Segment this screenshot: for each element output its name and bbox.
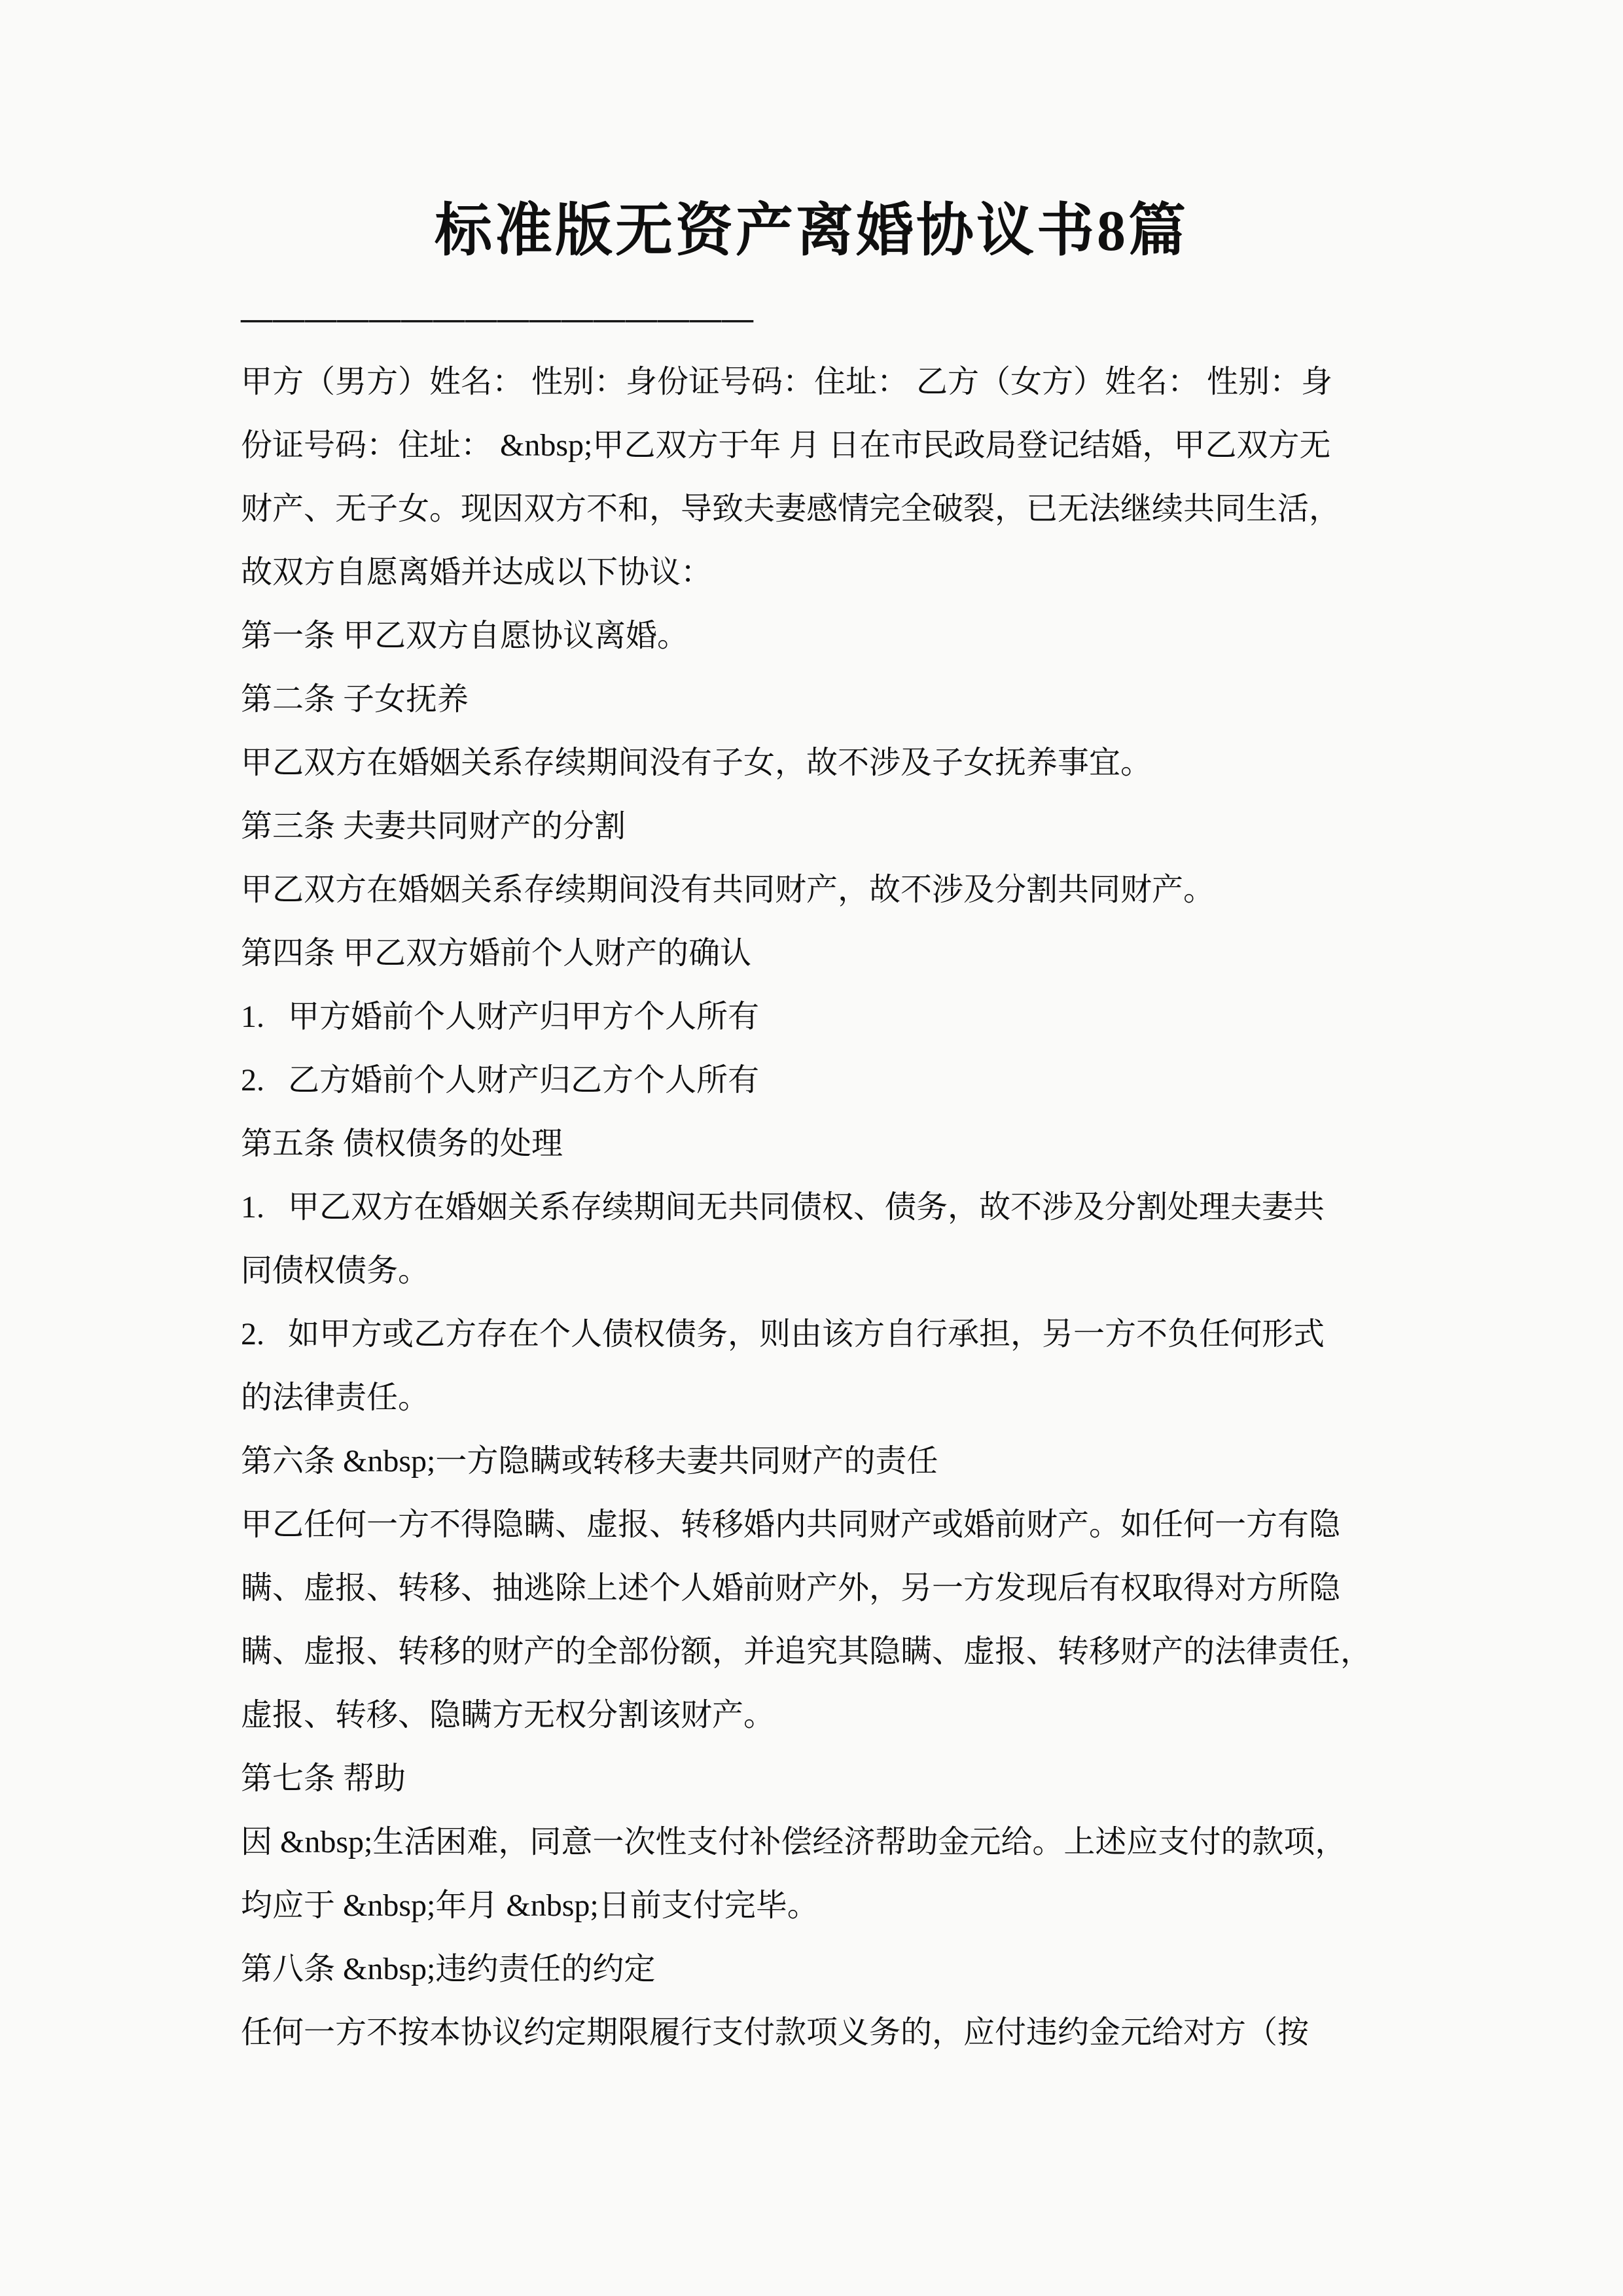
text-line: 第八条 &nbsp;违约责任的约定	[241, 1937, 1393, 2001]
text-line: 第四条 甲乙双方婚前个人财产的确认	[241, 922, 1393, 985]
text-line: 1. 甲方婚前个人财产归甲方个人所有	[241, 985, 1393, 1049]
text-line: 故双方自愿离婚并达成以下协议：	[241, 541, 1393, 604]
text-line: 均应于 &nbsp;年月 &nbsp;日前支付完毕。	[241, 1874, 1393, 1937]
text-line: 同债权债务。	[241, 1239, 1393, 1302]
text-line: 任何一方不按本协议约定期限履行支付款项义务的，应付违约金元给对方（按	[241, 2001, 1393, 2064]
text-line: 财产、无子女。现因双方不和，导致夫妻感情完全破裂，已无法继续共同生活，	[241, 477, 1393, 541]
text-line: 甲乙双方在婚姻关系存续期间没有子女，故不涉及子女抚养事宜。	[241, 731, 1393, 795]
text-line: 第二条 子女抚养	[241, 668, 1393, 731]
text-line: 第一条 甲乙双方自愿协议离婚。	[241, 604, 1393, 668]
document-body: ———————————————— 甲方（男方）姓名： 性别：身份证号码：住址： …	[241, 287, 1393, 2064]
text-line: 的法律责任。	[241, 1366, 1393, 1429]
text-line: 份证号码：住址： &nbsp;甲乙双方于年 月 日在市民政局登记结婚，甲乙双方无	[241, 414, 1393, 477]
text-line: 2. 如甲方或乙方存在个人债权债务，则由该方自行承担，另一方不负任何形式	[241, 1302, 1393, 1366]
text-line: 瞒、虚报、转移、抽逃除上述个人婚前财产外，另一方发现后有权取得对方所隐	[241, 1556, 1393, 1620]
text-line: 第三条 夫妻共同财产的分割	[241, 795, 1393, 858]
divider-line: ————————————————	[241, 287, 1393, 350]
text-line: 第六条 &nbsp;一方隐瞒或转移夫妻共同财产的责任	[241, 1429, 1393, 1493]
text-line: 虚报、转移、隐瞒方无权分割该财产。	[241, 1683, 1393, 1747]
text-line: 2. 乙方婚前个人财产归乙方个人所有	[241, 1049, 1393, 1112]
text-line: 第五条 债权债务的处理	[241, 1112, 1393, 1175]
text-line: 甲乙双方在婚姻关系存续期间没有共同财产，故不涉及分割共同财产。	[241, 858, 1393, 922]
text-line: 瞒、虚报、转移的财产的全部份额，并追究其隐瞒、虚报、转移财产的法律责任，	[241, 1620, 1393, 1683]
text-line: 第七条 帮助	[241, 1747, 1393, 1810]
text-line: 因 &nbsp;生活困难，同意一次性支付补偿经济帮助金元给。上述应支付的款项，	[241, 1810, 1393, 1874]
document-title: 标准版无资产离婚协议书8篇	[0, 200, 1623, 264]
document-page: 标准版无资产离婚协议书8篇 ———————————————— 甲方（男方）姓名：…	[0, 0, 1623, 2296]
text-line: 甲乙任何一方不得隐瞒、虚报、转移婚内共同财产或婚前财产。如任何一方有隐	[241, 1493, 1393, 1556]
text-line: 1. 甲乙双方在婚姻关系存续期间无共同债权、债务，故不涉及分割处理夫妻共	[241, 1175, 1393, 1239]
text-line: 甲方（男方）姓名： 性别：身份证号码：住址： 乙方（女方）姓名： 性别：身	[241, 350, 1393, 414]
